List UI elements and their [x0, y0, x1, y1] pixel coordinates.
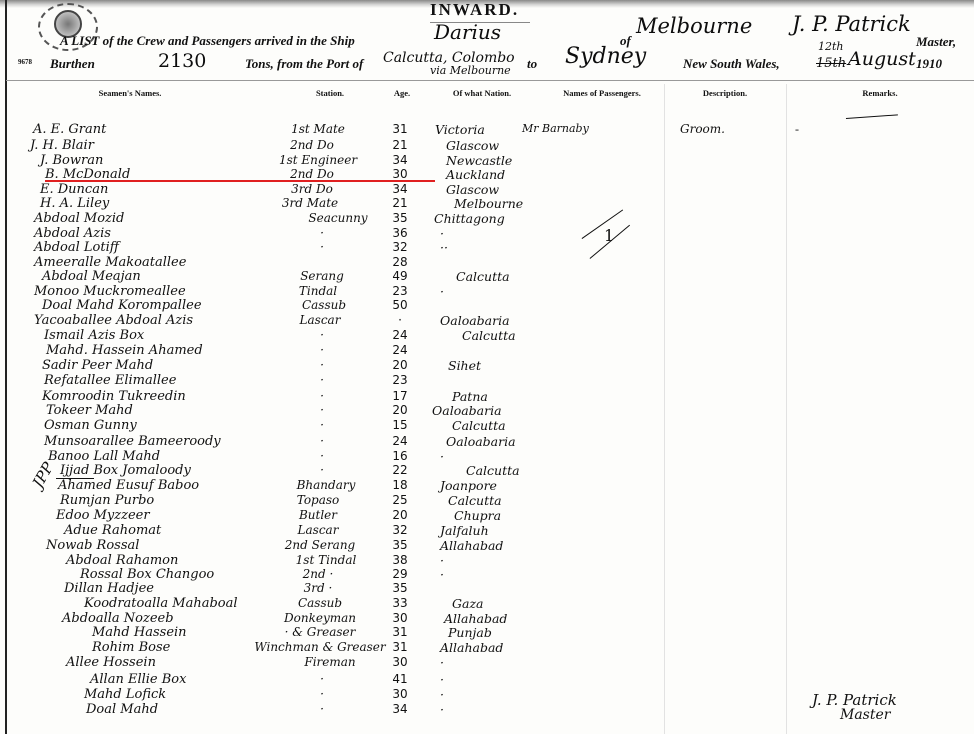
- seaman-nation: Sihet: [448, 358, 481, 373]
- seaman-nation: ·: [440, 672, 444, 687]
- seaman-nation: Allahabad: [440, 640, 503, 655]
- seaman-nation: Allahabad: [440, 538, 503, 553]
- seaman-nation: Jalfaluh: [440, 523, 489, 538]
- crew-row: Doal Mahd KorompalleeCassub50: [0, 298, 974, 314]
- crew-row: A. E. Grant1st Mate31VictoriaMr BarnabyG…: [0, 122, 974, 138]
- seaman-station: ·: [320, 389, 324, 403]
- seaman-nation: Calcutta: [452, 418, 506, 433]
- home-port: Melbourne: [636, 14, 752, 38]
- seaman-station: 3rd Mate: [282, 196, 338, 210]
- seaman-station: ·: [320, 403, 324, 417]
- seaman-station: 3rd Do: [291, 182, 333, 196]
- seaman-age: 32: [392, 523, 407, 537]
- signature-title: Master: [840, 708, 897, 723]
- remarks-dash-mark: [846, 114, 898, 119]
- column-header-nation: Of what Nation.: [453, 88, 511, 98]
- seaman-age: 34: [392, 702, 407, 716]
- seaman-nation: ·: [440, 553, 444, 568]
- seaman-name: J. H. Blair: [30, 138, 94, 153]
- seaman-name: Allan Ellie Box: [90, 672, 186, 687]
- seaman-name: Adue Rahomat: [64, 523, 161, 538]
- crew-row: Ismail Azis Box·24Calcutta: [0, 328, 974, 344]
- crew-row: Edoo MyzzeerButler20Chupra: [0, 508, 974, 524]
- seaman-name: Banoo Lall Mahd: [48, 449, 160, 464]
- seaman-age: 23: [392, 373, 407, 387]
- red-strike-line: [45, 180, 435, 182]
- tons-from-label: Tons, from the Port of: [245, 56, 363, 72]
- seaman-station: 1st Engineer: [279, 153, 357, 167]
- seaman-name: Mahd. Hassein Ahamed: [46, 343, 203, 358]
- seaman-nation: Calcutta: [456, 269, 510, 284]
- seaman-name: Mahd Hassein: [92, 625, 187, 640]
- seaman-station: 2nd Do: [290, 138, 334, 152]
- seaman-name: Ijjad Box Jomaloody: [60, 463, 191, 478]
- burthen-label: Burthen: [50, 56, 95, 72]
- seaman-station: ·: [320, 449, 324, 463]
- seaman-age: 30: [392, 687, 407, 701]
- master-label: Master,: [916, 34, 956, 50]
- seaman-age: 18: [392, 478, 407, 492]
- seaman-name: Koodratoalla Mahaboal: [84, 596, 238, 611]
- seaman-age: 20: [392, 358, 407, 372]
- crew-row: Rumjan PurboTopaso25Calcutta: [0, 493, 974, 509]
- seaman-name: Edoo Myzzeer: [56, 508, 150, 523]
- seaman-name: Abdoal Lotiff: [34, 240, 119, 255]
- seaman-station: ·: [320, 463, 324, 477]
- crew-row: Allee HosseinFireman30·: [0, 655, 974, 671]
- seaman-age: 36: [392, 226, 407, 240]
- seaman-age: 30: [392, 167, 407, 181]
- column-header-passengers: Names of Passengers.: [563, 88, 641, 98]
- crew-row: Koodratoalla MahaboalCassub33Gaza: [0, 596, 974, 612]
- column-header-description: Description.: [703, 88, 747, 98]
- seaman-name: Doal Mahd: [86, 702, 158, 717]
- crew-row: Munsoarallee Bameeroody·24Oaloabaria: [0, 434, 974, 450]
- crew-row: J. H. Blair2nd Do21Glascow: [0, 138, 974, 154]
- seaman-station: 2nd ·: [303, 567, 334, 581]
- crew-row: Ijjad Box Jomaloody·22Calcutta: [0, 463, 974, 479]
- seaman-nation: Oaloabaria: [440, 313, 510, 328]
- seaman-age: 24: [392, 328, 407, 342]
- seaman-station: ·: [320, 418, 324, 432]
- ship-name: Darius: [434, 20, 501, 44]
- seaman-name: Rumjan Purbo: [60, 493, 154, 508]
- seaman-name: Dillan Hadjee: [64, 581, 154, 596]
- seaman-station: ·: [320, 358, 324, 372]
- date-day: 12th: [818, 40, 844, 53]
- seaman-station: Cassub: [302, 298, 346, 312]
- seaman-name: E. Duncan: [40, 182, 108, 197]
- seaman-station: Lascar: [300, 313, 341, 327]
- crew-row: Ahamed Eusuf BabooBhandary18Joanpore: [0, 478, 974, 494]
- crew-row: Abdoal MozidSeacunny35Chittagong: [0, 211, 974, 227]
- seaman-age: 23: [392, 284, 407, 298]
- seaman-station: ·: [320, 687, 324, 701]
- master-signature: J. P. Patrick Master: [812, 693, 897, 723]
- seaman-station: Bhandary: [297, 478, 356, 492]
- seaman-station: Cassub: [298, 596, 342, 610]
- seaman-age: 29: [392, 567, 407, 581]
- seaman-age: 35: [392, 538, 407, 552]
- seaman-name: H. A. Liley: [40, 196, 109, 211]
- seaman-age: 25: [392, 493, 407, 507]
- seaman-station: ·: [320, 434, 324, 448]
- seaman-age: 21: [392, 196, 407, 210]
- date-year: 1910: [916, 56, 942, 72]
- seaman-name: J. Bowran: [40, 153, 103, 168]
- seaman-name: Ismail Azis Box: [44, 328, 144, 343]
- seaman-station: Tindal: [299, 284, 337, 298]
- seaman-nation: Calcutta: [466, 463, 520, 478]
- seaman-name: Monoo Muckromeallee: [34, 284, 186, 299]
- seaman-age: 15: [392, 418, 407, 432]
- seaman-age: 24: [392, 434, 407, 448]
- seaman-nation: Oaloabaria: [446, 434, 516, 449]
- seaman-station: ·: [320, 373, 324, 387]
- seaman-nation: Auckland: [446, 167, 505, 182]
- seaman-name: Ahamed Eusuf Baboo: [58, 478, 199, 493]
- crew-row: Dillan Hadjee3rd ·35: [0, 581, 974, 597]
- crew-row: Tokeer Mahd·20Oaloabaria: [0, 403, 974, 419]
- date-month: August: [848, 48, 916, 70]
- destination-port: Sydney: [565, 44, 646, 69]
- seaman-age: 49: [392, 269, 407, 283]
- seaman-station: Seacunny: [308, 211, 367, 225]
- seaman-age: 21: [392, 138, 407, 152]
- crew-row: Abdoal Lotiff·32··: [0, 240, 974, 256]
- seaman-station: ·: [320, 240, 324, 254]
- seaman-station: 2nd Do: [290, 167, 334, 181]
- seaman-nation: ··: [440, 240, 448, 255]
- column-header-age: Age.: [394, 88, 410, 98]
- seaman-station: 1st Mate: [291, 122, 345, 136]
- passenger-remark: -: [795, 122, 799, 137]
- seaman-station: 1st Tindal: [296, 553, 357, 567]
- crew-row: Abdoal MeajanSerang49Calcutta: [0, 269, 974, 285]
- seaman-nation: Punjab: [448, 625, 492, 640]
- seaman-age: 30: [392, 611, 407, 625]
- seaman-name: Komroodin Tukreedin: [42, 389, 186, 404]
- seaman-nation: Joanpore: [440, 478, 497, 493]
- seaman-age: 17: [392, 389, 407, 403]
- crew-row: Adue RahomatLascar32Jalfaluh: [0, 523, 974, 539]
- date-day-struck: 15th: [816, 56, 846, 71]
- seaman-name: Osman Gunny: [44, 418, 137, 433]
- seaman-age: 35: [392, 211, 407, 225]
- seaman-station: 2nd Serang: [285, 538, 355, 552]
- seaman-nation: ·: [440, 702, 444, 717]
- seaman-station: ·: [320, 343, 324, 357]
- seaman-age: 35: [392, 581, 407, 595]
- seaman-station: Topaso: [297, 493, 340, 507]
- seaman-name: Refatallee Elimallee: [44, 373, 176, 388]
- seaman-nation: Oaloabaria: [432, 403, 502, 418]
- seaman-age: 31: [392, 640, 407, 654]
- header-divider: [6, 80, 974, 81]
- crew-row: H. A. Liley3rd Mate21Melbourne: [0, 196, 974, 212]
- seaman-nation: Calcutta: [462, 328, 516, 343]
- seaman-name: Munsoarallee Bameeroody: [44, 434, 221, 449]
- seaman-age: 20: [392, 508, 407, 522]
- seaman-name: Abdoal Azis: [34, 226, 111, 241]
- seaman-name: Abdoal Meajan: [42, 269, 141, 284]
- seaman-age: 16: [392, 449, 407, 463]
- seaman-age: 20: [392, 403, 407, 417]
- seaman-nation: Patna: [452, 389, 488, 404]
- seaman-nation: Victoria: [435, 122, 485, 137]
- seaman-name: Abdoal Mozid: [34, 211, 124, 226]
- crew-row: Mahd. Hassein Ahamed·24: [0, 343, 974, 359]
- seaman-name: Ameeralle Makoatallee: [34, 255, 186, 270]
- state-label: New South Wales,: [683, 56, 780, 72]
- seaman-nation: Calcutta: [448, 493, 502, 508]
- seaman-age: 34: [392, 182, 407, 196]
- passenger-description: Groom.: [680, 122, 725, 136]
- master-name: J. P. Patrick: [792, 12, 911, 36]
- seaman-nation: Glascow: [446, 138, 499, 153]
- seaman-age: 22: [392, 463, 407, 477]
- seaman-station: 3rd ·: [304, 581, 333, 595]
- seaman-age: 33: [392, 596, 407, 610]
- seaman-name: Abdoalla Nozeeb: [62, 611, 174, 626]
- seaman-nation: ·: [440, 284, 444, 299]
- seaman-nation: ·: [440, 687, 444, 702]
- column-header-station: Station.: [316, 88, 344, 98]
- seaman-name: Doal Mahd Korompallee: [42, 298, 202, 313]
- seaman-name: Yacoaballee Abdoal Azis: [34, 313, 193, 328]
- seaman-station: ·: [320, 328, 324, 342]
- seaman-name: Sadir Peer Mahd: [42, 358, 153, 373]
- seaman-nation: Chupra: [454, 508, 501, 523]
- seaman-age: 38: [392, 553, 407, 567]
- seaman-nation: ·: [440, 226, 444, 241]
- seaman-nation: Melbourne: [454, 196, 523, 211]
- seaman-station: ·: [320, 226, 324, 240]
- column-header-seamen-names: Seamen's Names.: [99, 88, 162, 98]
- seaman-age: ·: [398, 313, 402, 327]
- seaman-nation: ·: [440, 449, 444, 464]
- seaman-age: 28: [392, 255, 407, 269]
- crew-row: Mahd Hassein· & Greaser31Punjab: [0, 625, 974, 641]
- document-title: INWARD.: [430, 0, 519, 20]
- column-header-remarks: Remarks.: [862, 88, 897, 98]
- seaman-age: 34: [392, 153, 407, 167]
- seaman-station: · & Greaser: [285, 625, 356, 639]
- seaman-age: 24: [392, 343, 407, 357]
- seaman-station: ·: [320, 702, 324, 716]
- header-list-label: A LIST of the Crew and Passengers arrive…: [60, 33, 355, 49]
- crew-row: Yacoaballee Abdoal AzisLascar·Oaloabaria: [0, 313, 974, 329]
- crew-row: Nowab Rossal2nd Serang35Allahabad: [0, 538, 974, 554]
- seaman-name: A. E. Grant: [33, 122, 106, 137]
- seaman-name: Nowab Rossal: [46, 538, 139, 553]
- seaman-nation: Newcastle: [446, 153, 512, 168]
- seaman-age: 30: [392, 655, 407, 669]
- seaman-station: ·: [320, 672, 324, 686]
- seaman-station: Fireman: [304, 655, 355, 669]
- seaman-age: 31: [392, 625, 407, 639]
- seaman-name: Abdoal Rahamon: [66, 553, 178, 568]
- seaman-nation: ·: [440, 567, 444, 582]
- seaman-name: Allee Hossein: [66, 655, 156, 670]
- seaman-station: Winchman & Greaser: [254, 640, 385, 654]
- burthen-tons: 2130: [158, 50, 206, 72]
- crew-row: Rohim BoseWinchman & Greaser31Allahabad: [0, 640, 974, 656]
- seaman-age: 31: [392, 122, 407, 136]
- seaman-age: 41: [392, 672, 407, 686]
- seaman-name: Rossal Box Changoo: [80, 567, 214, 582]
- seaman-nation: Glascow: [446, 182, 499, 197]
- form-code: 9678: [18, 58, 32, 66]
- seaman-station: Lascar: [298, 523, 339, 537]
- crew-row: Allan Ellie Box·41·: [0, 672, 974, 688]
- crew-row: Osman Gunny·15Calcutta: [0, 418, 974, 434]
- seaman-age: 32: [392, 240, 407, 254]
- seaman-station: Serang: [300, 269, 344, 283]
- seaman-age: 50: [392, 298, 407, 312]
- seaman-nation: Chittagong: [434, 211, 505, 226]
- seaman-station: Donkeyman: [284, 611, 356, 625]
- passenger-count-mark: 1: [604, 226, 614, 245]
- seaman-name: Tokeer Mahd: [46, 403, 133, 418]
- seaman-station: Butler: [299, 508, 337, 522]
- seaman-nation: Allahabad: [444, 611, 507, 626]
- seaman-name: Mahd Lofick: [84, 687, 166, 702]
- crew-row: Sadir Peer Mahd·20Sihet: [0, 358, 974, 374]
- seaman-nation: ·: [440, 655, 444, 670]
- strikethrough-mark: [56, 478, 94, 479]
- passenger-name: Mr Barnaby: [522, 122, 589, 135]
- seaman-nation: Gaza: [452, 596, 483, 611]
- crew-row: Refatallee Elimallee·23: [0, 373, 974, 389]
- port-via: via Melbourne: [430, 64, 511, 77]
- to-label: to: [527, 56, 537, 72]
- seaman-name: Rohim Bose: [92, 640, 170, 655]
